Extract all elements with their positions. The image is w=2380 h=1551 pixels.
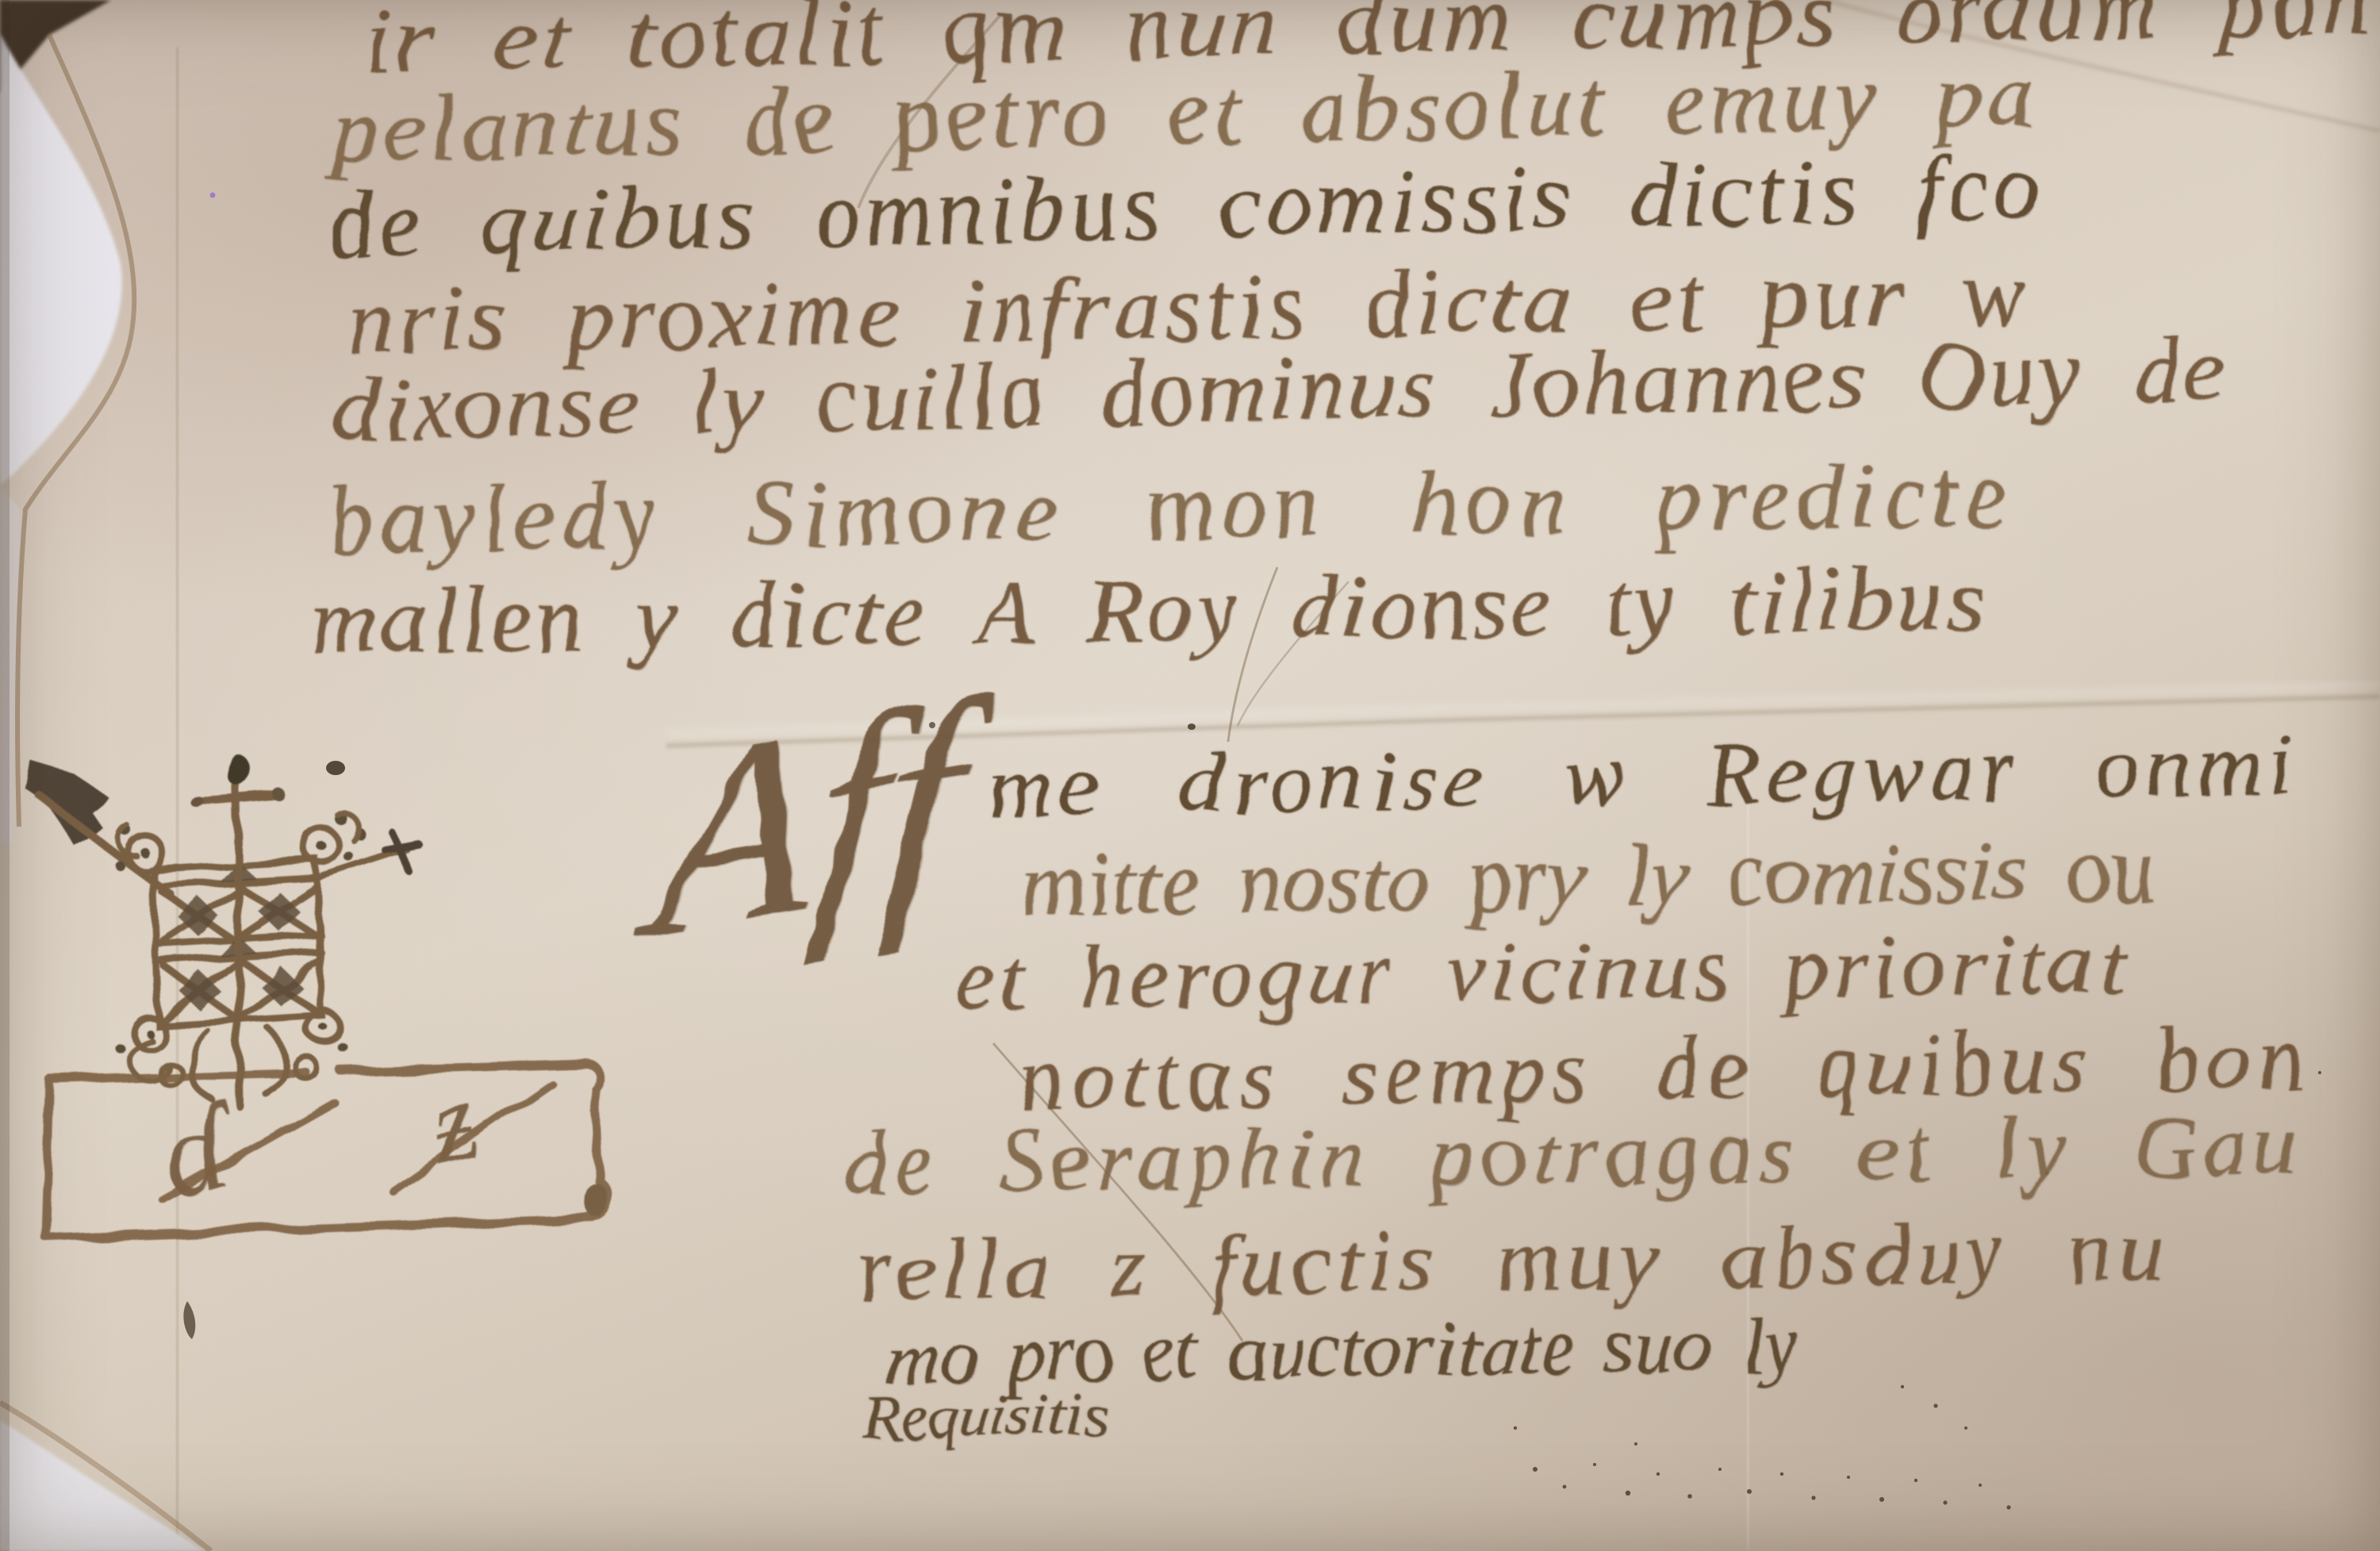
notarial-seal-drawing	[0, 0, 2380, 1551]
seal-cross-icon	[191, 754, 285, 1107]
seal-cross-small-icon	[386, 835, 419, 870]
banner-glyph-slash	[393, 1082, 551, 1192]
seal-flag-icon	[25, 760, 108, 846]
banner-glyph-slash	[163, 1103, 335, 1200]
manuscript-photo: ir et totalit qm nun dum cumps ordum pan…	[0, 0, 2380, 1551]
banner-cartouche	[46, 1063, 609, 1238]
seal-foot-scrolls	[130, 1028, 317, 1100]
